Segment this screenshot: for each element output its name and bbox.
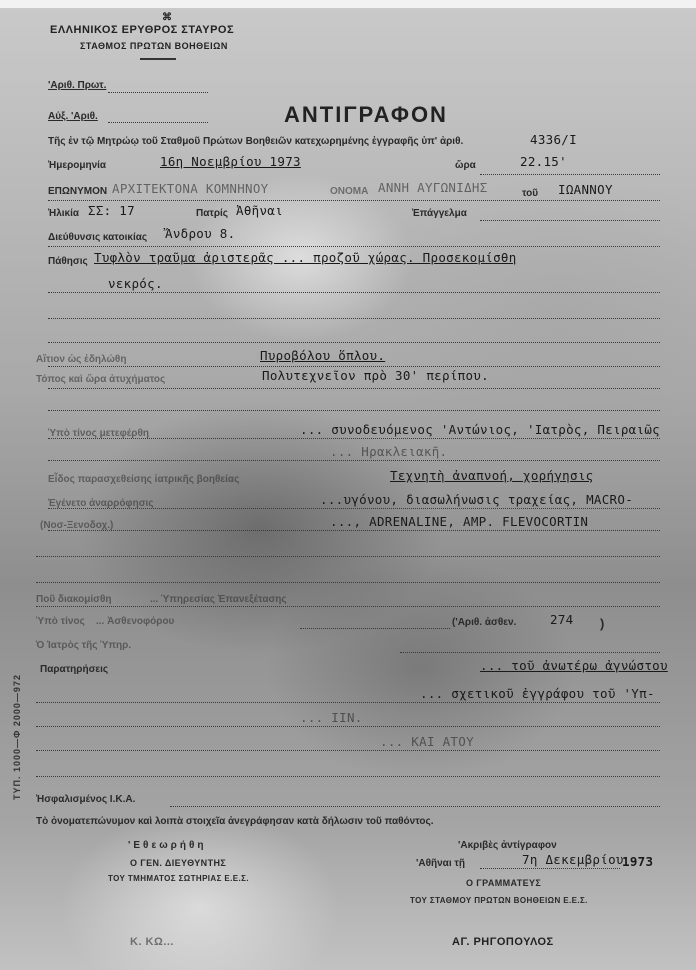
left-signatory-title-1: Ο ΓΕΝ. ΔΙΕΥΘΥΝΤΗΣ	[130, 858, 226, 868]
treatment-line-2	[48, 508, 660, 509]
remarks-line-3	[36, 726, 660, 727]
declaration-text: Τὸ ὀνοματεπώνυμον καὶ λοιπὰ στοιχεῖα ἀνε…	[36, 816, 434, 827]
left-signature-name: Κ. ΚΩ...	[130, 936, 174, 948]
treatment-value-line3: ..., ADRENALINE, AMP. FLEVOCORTIN	[330, 514, 588, 529]
right-signatory-title-1: Ο ΓΡΑΜΜΑΤΕΥΣ	[466, 878, 541, 888]
remarks-line-4	[36, 750, 660, 751]
profession-line	[480, 220, 660, 221]
surname-line	[48, 200, 660, 201]
birthplace-label: Πατρίς	[196, 208, 228, 219]
right-signature-name: ΑΓ. ΡΗΓΟΠΟΥΛΟΣ	[452, 936, 554, 948]
remarks-line3: ... ΙΙΝ.	[300, 710, 363, 725]
hospital-line	[36, 606, 660, 607]
address-value: Ἄνδρου 8.	[165, 226, 235, 241]
remarks-line-2	[36, 702, 660, 703]
certification-date: 7η Δεκεμβρίου	[522, 852, 624, 867]
birthplace-value: Ἀθῆναι	[236, 203, 283, 218]
age-label: Ἡλικία	[48, 208, 79, 219]
transport-value-line1: ... συνοδευόμενος 'Αντώνιος, 'Ιατρὸς, Πε…	[300, 422, 660, 437]
serial-number-label: Αύξ. 'Αριθ.	[48, 111, 98, 122]
transport-value-line2: ... Ηρακλειακῆ.	[330, 444, 447, 459]
header-divider	[140, 58, 176, 60]
address-label: Διεύθυνσις κατοικίας	[48, 232, 147, 243]
cross-emblem: ⌘	[162, 12, 173, 23]
certification-date-line	[480, 868, 620, 869]
protocol-number-line	[108, 92, 208, 93]
blank-line-b	[36, 556, 660, 557]
treatment-label: Εἶδος παρασχεθείσης ἰατρικῆς βοηθείας	[48, 474, 239, 485]
organization-name: ΕΛΛΗΝΙΚΟΣ ΕΡΥΘΡΟΣ ΣΤΑΥΡΟΣ	[50, 24, 234, 36]
condition-line-4	[48, 342, 660, 343]
cause-label: Αἴτιον ὡς ἐδηλώθη	[36, 354, 126, 365]
transport-line-2	[48, 460, 660, 461]
by-label: Ὑπὸ τίνος	[36, 616, 85, 627]
document-page: ⌘ ΕΛΛΗΝΙΚΟΣ ΕΡΥΘΡΟΣ ΣΤΑΥΡΟΣ ΣΤΑΘΜΟΣ ΠΡΩΤ…	[0, 8, 696, 970]
condition-line-2	[48, 292, 660, 293]
entry-number: 4336/Ι	[530, 132, 577, 147]
treatment-line-3	[48, 530, 660, 531]
treatment-value-line2: ...υγόνου, διασωλήνωσις τραχείας, MACRO-	[320, 492, 633, 507]
place-time-line	[48, 388, 660, 389]
treatment-value-line1: Τεχνητὴ ἀναπνοή, χορήγησις	[390, 468, 593, 483]
address-line	[48, 246, 660, 247]
remarks-label: Παρατηρήσεις	[40, 664, 108, 675]
hospital-label: Ποῦ διακομίσθη	[36, 594, 112, 605]
ambulance-value: 274	[550, 612, 573, 627]
by-value: ... Ἀσθενοφόρου	[96, 616, 174, 627]
hospital-value: ... Ὑπηρεσίας Ἐπανεξέτασης	[150, 594, 287, 605]
father-label: τοῦ	[522, 188, 538, 199]
ambulance-close-paren: )	[600, 616, 604, 631]
father-value: ΙΩΑΝΝΟΥ	[558, 182, 613, 197]
surname-value: ΑΡΧΙΤΕΚΤΟΝΑ ΚΟΜΝΗΝΟΥ	[112, 181, 269, 196]
document-title: ΑΝΤΙΓΡΑΦΟΝ	[284, 102, 448, 128]
left-signatory-title-2: ΤΟΥ ΤΜΗΜΑΤΟΣ ΣΩΤΗΡΙΑΣ Ε.Ε.Σ.	[108, 874, 249, 883]
surname-label: ΕΠΩΝΥΜΟΝ	[48, 186, 107, 197]
transport-line-1	[48, 438, 660, 439]
insurance-label: Ἠσφαλισμένος Ι.Κ.Α.	[36, 794, 135, 805]
age-value: ΣΣ: 17	[88, 203, 135, 218]
place-label: 'Αθῆναι τῇ	[416, 858, 465, 869]
blank-line-a	[48, 410, 660, 411]
condition-line-3	[48, 318, 660, 319]
remarks-line4: ... ΚΑΙ ΑΤΟΥ	[380, 734, 474, 749]
time-value: 22.15'	[520, 154, 567, 169]
margin-print-code: ΤΥΠ. 1000—Φ 2000—972	[12, 674, 22, 800]
date-label: Ἡμερομηνία	[48, 160, 106, 171]
by-line	[300, 628, 450, 629]
date-value: 16η Νοεμβρίου 1973	[160, 154, 301, 169]
doctor-line	[400, 652, 660, 653]
name-value: ΑΝΝΗ ΑΥΓΩΝΙΔΗΣ	[378, 180, 488, 195]
station-name: ΣΤΑΘΜΟΣ ΠΡΩΤΩΝ ΒΟΗΘΕΙΩΝ	[80, 41, 228, 51]
profession-label: Ἐπάγγελμα	[412, 208, 467, 219]
registry-intro: Τῆς ἐν τῷ Μητρώῳ τοῦ Σταθμοῦ Πρώτων Βοηθ…	[48, 136, 463, 147]
seen-label: 'Εθεωρήθη	[128, 840, 206, 851]
name-label: ΟΝΟΜΑ	[330, 186, 368, 197]
place-time-value: Πολυτεχνεῖον πρὸ 30' περίπου.	[262, 368, 489, 383]
right-signatory-title-2: ΤΟΥ ΣΤΑΘΜΟΥ ΠΡΩΤΩΝ ΒΟΗΘΕΙΩΝ Ε.Ε.Σ.	[410, 896, 588, 905]
certified-copy-label: 'Ακριβὲς ἀντίγραφον	[458, 840, 557, 851]
remarks-line2: ... σχετικοῦ ἐγγράφου τοῦ 'Υπ-	[420, 686, 655, 701]
condition-value-line1: Τυφλὸν τραῦμα ἀριστερᾶς ... προζοῦ χώρας…	[94, 250, 517, 265]
certification-year: 1973	[622, 854, 653, 869]
place-time-label: Τόπος καὶ ὥρα ἀτυχήματος	[36, 374, 165, 385]
condition-label: Πάθησις	[48, 256, 88, 267]
blank-line-c	[36, 582, 660, 583]
remarks-line-5	[36, 776, 660, 777]
remarks-line1: ... τοῦ ἀνωτέρω ἀγνώστου	[480, 658, 668, 673]
condition-value-line2: νεκρός.	[108, 276, 163, 291]
serial-number-line	[108, 122, 208, 123]
time-line	[480, 174, 660, 175]
time-label: ὥρα	[455, 160, 476, 171]
protocol-number-label: 'Αριθ. Πρωτ.	[48, 80, 106, 91]
ambulance-label: ('Αριθ. ἀσθεν.	[452, 617, 516, 628]
cause-value: Πυροβόλου ὅπλου.	[260, 348, 385, 363]
doctor-label: Ὁ Ἰατρὸς τῆς Ὑπηρ.	[36, 640, 131, 651]
cause-line	[48, 366, 660, 367]
insurance-line	[170, 806, 660, 807]
